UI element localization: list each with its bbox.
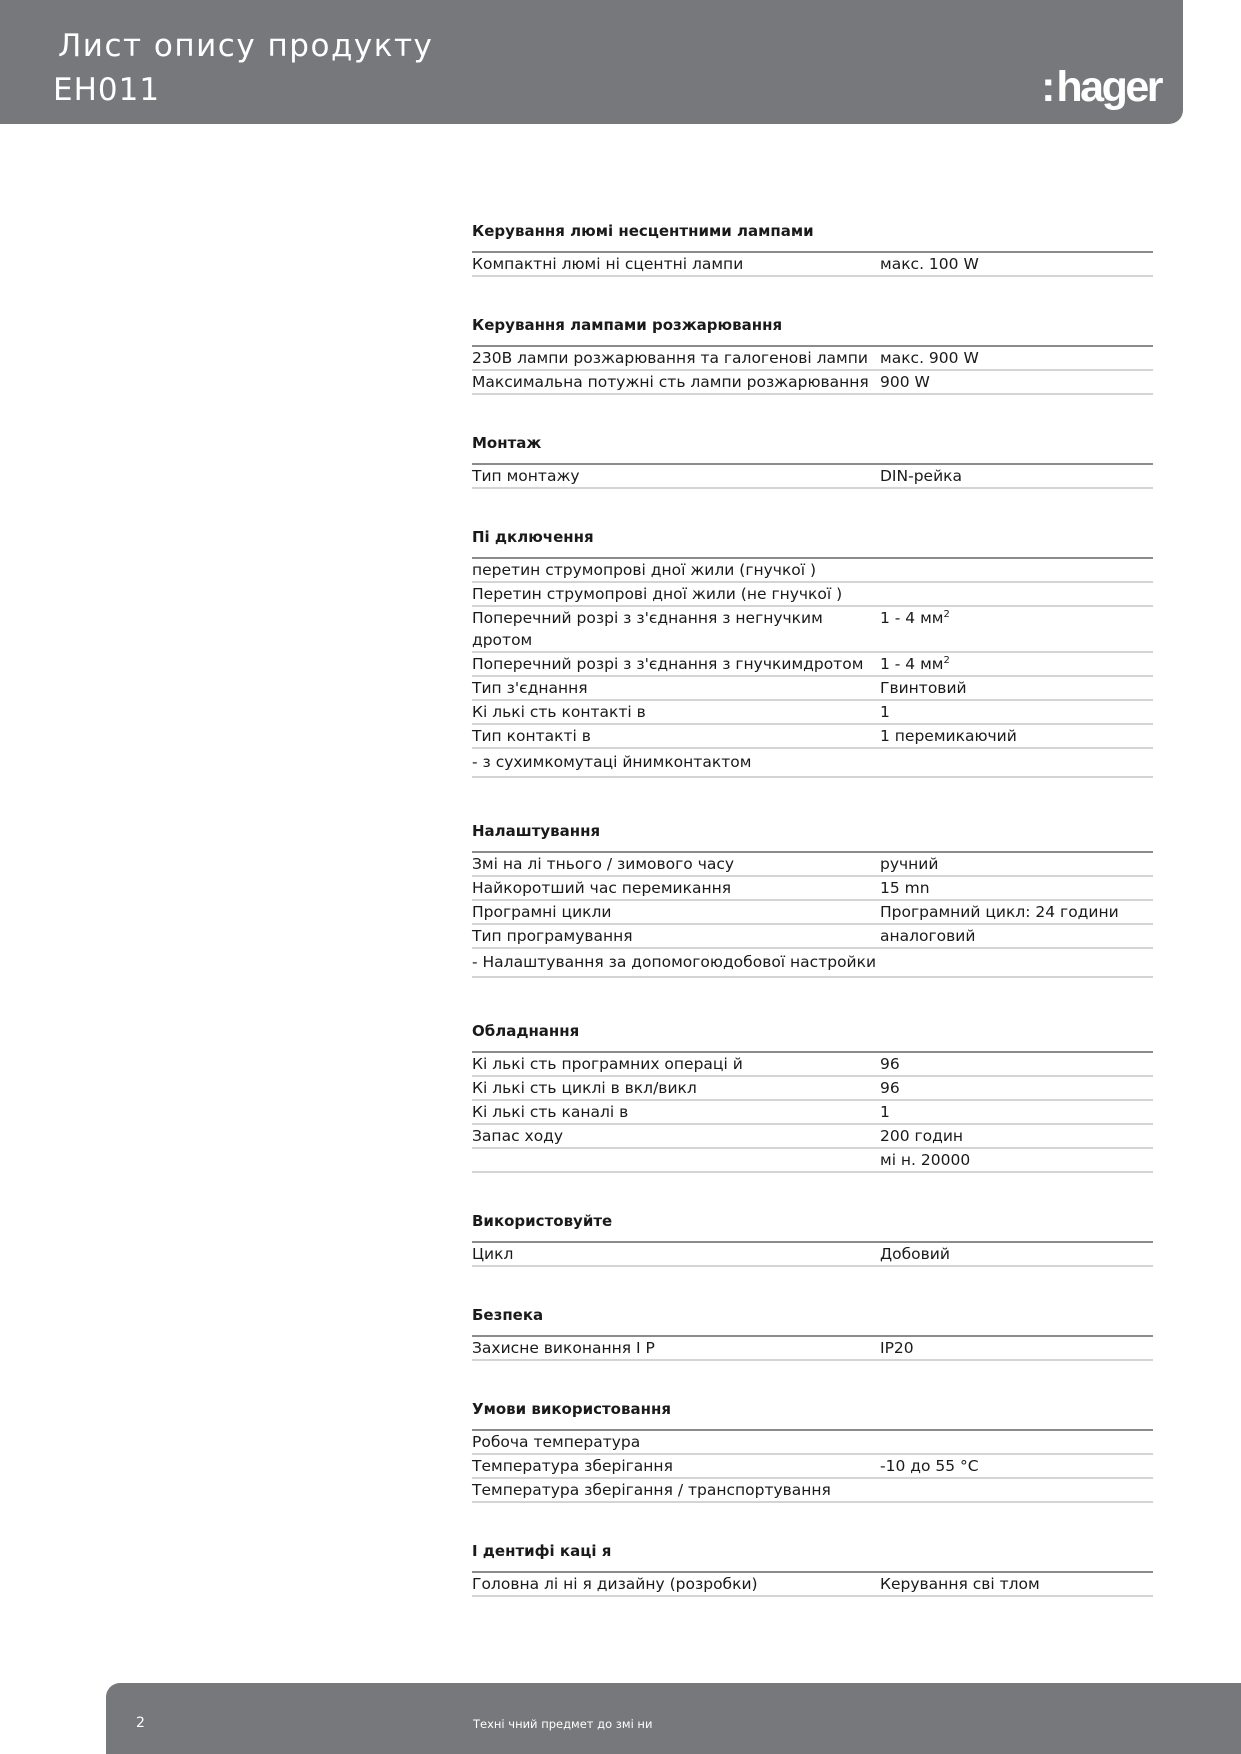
spec-value: мі н. 20000	[880, 1149, 1153, 1171]
hager-logo: :hager	[1041, 66, 1161, 109]
spec-value-text: 1 - 4 мм	[880, 655, 943, 673]
spec-row: Захисне виконання I PIP20	[472, 1337, 1153, 1361]
spec-row: Запас ходу200 годин	[472, 1125, 1153, 1149]
section-spacer	[472, 1361, 1153, 1394]
spec-value: макс. 100 W	[880, 253, 1153, 275]
section-spacer	[472, 1503, 1153, 1536]
section-title: Обладнання	[472, 1016, 1153, 1053]
spec-row: Кі лькі сть циклі в вкл/викл96	[472, 1077, 1153, 1101]
spec-label: Найкоротший час перемикання	[472, 877, 880, 899]
spec-row: Кі лькі сть контакті в1	[472, 701, 1153, 725]
section-spacer	[472, 395, 1153, 428]
section-spacer	[472, 489, 1153, 522]
spec-label: Кі лькі сть циклі в вкл/викл	[472, 1077, 880, 1099]
spec-value: Програмний цикл: 24 години	[880, 901, 1153, 923]
spec-value: Гвинтовий	[880, 677, 1153, 699]
spec-row: перетин струмопрові дної жили (гнучкої )	[472, 559, 1153, 583]
spec-label: Компактні люмі ні сцентні лампи	[472, 253, 880, 275]
spec-value-text: Програмний цикл: 24 години	[880, 903, 1119, 921]
section-title: Пі дключення	[472, 522, 1153, 559]
spec-table: Керування люмі несцентними лампамиКомпак…	[472, 216, 1153, 1597]
document-title: Лист опису продукту	[58, 28, 433, 64]
spec-value	[880, 1479, 1153, 1501]
spec-value: Добовий	[880, 1243, 1153, 1265]
spec-row: Робоча температура	[472, 1431, 1153, 1455]
spec-label: Поперечний розрі з з'єднання з гнучкимдр…	[472, 653, 880, 675]
superscript: 2	[943, 655, 949, 666]
spec-section: Пі дключенняперетин струмопрові дної жил…	[472, 522, 1153, 778]
spec-row: 230В лампи розжарювання та галогенові ла…	[472, 347, 1153, 371]
spec-value	[880, 1431, 1153, 1453]
spec-value-text: Керування сві тлом	[880, 1575, 1040, 1593]
spec-section: І дентифі каці яГоловна лі ні я дизайну …	[472, 1536, 1153, 1597]
spec-row: Тип програмуванняаналоговий	[472, 925, 1153, 949]
spec-row: Тип з'єднанняГвинтовий	[472, 677, 1153, 701]
spec-value: макс. 900 W	[880, 347, 1153, 369]
product-code: EH011	[53, 72, 160, 108]
spec-value: 15 mn	[880, 877, 1153, 899]
spec-value-text: -10 до 55 °C	[880, 1457, 979, 1475]
spec-label: Тип монтажу	[472, 465, 880, 487]
spec-section: Керування люмі несцентними лампамиКомпак…	[472, 216, 1153, 277]
footer-disclaimer: Техні чний предмет до змі ни	[473, 1717, 652, 1731]
spec-label: Максимальна потужні сть лампи розжарюван…	[472, 371, 880, 393]
spec-value	[880, 749, 1153, 776]
spec-section: БезпекаЗахисне виконання I PIP20	[472, 1300, 1153, 1361]
spec-value-text: 1 - 4 мм	[880, 609, 943, 627]
spec-row: - з сухимкомутаці йнимконтактом	[472, 749, 1153, 778]
spec-value-text: макс. 100 W	[880, 255, 979, 273]
spec-row: ЦиклДобовий	[472, 1243, 1153, 1267]
spec-section: ВикористовуйтеЦиклДобовий	[472, 1206, 1153, 1267]
spec-label: Перетин струмопрові дної жили (не гнучко…	[472, 583, 880, 605]
spec-row: Змі на лі тнього / зимового часуручний	[472, 853, 1153, 877]
spec-value-text: макс. 900 W	[880, 349, 979, 367]
spec-value-text: мі н. 20000	[880, 1151, 970, 1169]
spec-value: 200 годин	[880, 1125, 1153, 1147]
spec-value: 96	[880, 1053, 1153, 1075]
spec-row: Перетин струмопрові дної жили (не гнучко…	[472, 583, 1153, 607]
section-spacer	[472, 277, 1153, 310]
spec-value-text: 96	[880, 1079, 900, 1097]
section-title: Умови використовання	[472, 1394, 1153, 1431]
spec-value: IP20	[880, 1337, 1153, 1359]
spec-value: 1 - 4 мм2	[880, 607, 1153, 651]
spec-section: Керування лампами розжарювання230В лампи…	[472, 310, 1153, 395]
spec-value: 96	[880, 1077, 1153, 1099]
spec-label: - Налаштування за допомогоюдобової настр…	[472, 949, 880, 976]
spec-label: Програмні цикли	[472, 901, 880, 923]
spec-value: -10 до 55 °C	[880, 1455, 1153, 1477]
spec-row: - Налаштування за допомогоюдобової настр…	[472, 949, 1153, 978]
spec-label: Поперечний розрі з з'єднання з негнучким…	[472, 607, 880, 651]
spec-value-text: Добовий	[880, 1245, 950, 1263]
spec-value-text: ручний	[880, 855, 938, 873]
header-band: Лист опису продукту EH011 :hager	[0, 0, 1183, 124]
spec-label: Запас ходу	[472, 1125, 880, 1147]
section-title: Керування лампами розжарювання	[472, 310, 1153, 347]
spec-label: - з сухимкомутаці йнимконтактом	[472, 749, 880, 776]
spec-row: Максимальна потужні сть лампи розжарюван…	[472, 371, 1153, 395]
spec-label: Температура зберігання / транспортування	[472, 1479, 880, 1501]
section-spacer	[472, 1173, 1153, 1206]
section-spacer	[472, 778, 1153, 816]
spec-value-text: 96	[880, 1055, 900, 1073]
spec-label: перетин струмопрові дної жили (гнучкої )	[472, 559, 880, 581]
spec-row: Тип монтажуDIN-рейка	[472, 465, 1153, 489]
spec-label: Кі лькі сть контакті в	[472, 701, 880, 723]
spec-label: 230В лампи розжарювання та галогенові ла…	[472, 347, 880, 369]
spec-row: Температура зберігання / транспортування	[472, 1479, 1153, 1503]
spec-value: 1	[880, 1101, 1153, 1123]
spec-label: Цикл	[472, 1243, 880, 1265]
spec-value-text: IP20	[880, 1339, 914, 1357]
spec-label: Температура зберігання	[472, 1455, 880, 1477]
spec-label: Тип з'єднання	[472, 677, 880, 699]
spec-value: 1	[880, 701, 1153, 723]
spec-label: Робоча температура	[472, 1431, 880, 1453]
logo-text: hager	[1056, 63, 1161, 111]
spec-row: мі н. 20000	[472, 1149, 1153, 1173]
spec-row: Найкоротший час перемикання15 mn	[472, 877, 1153, 901]
spec-value: Керування сві тлом	[880, 1573, 1153, 1595]
spec-row: Кі лькі сть програмних операці й96	[472, 1053, 1153, 1077]
section-spacer	[472, 978, 1153, 1016]
spec-value	[880, 583, 1153, 605]
footer-band: 2 Техні чний предмет до змі ни	[106, 1683, 1241, 1754]
spec-value: 900 W	[880, 371, 1153, 393]
spec-value	[880, 559, 1153, 581]
spec-value-text: 900 W	[880, 373, 930, 391]
spec-label: Кі лькі сть каналі в	[472, 1101, 880, 1123]
spec-section: Умови використованняРобоча температураТе…	[472, 1394, 1153, 1503]
spec-value-text: 200 годин	[880, 1127, 963, 1145]
section-title: Керування люмі несцентними лампами	[472, 216, 1153, 253]
section-title: Монтаж	[472, 428, 1153, 465]
section-spacer	[472, 1267, 1153, 1300]
spec-value-text: аналоговий	[880, 927, 975, 945]
spec-label	[472, 1149, 880, 1171]
spec-value-text: 1	[880, 1103, 890, 1121]
spec-label: Тип програмування	[472, 925, 880, 947]
section-title: Безпека	[472, 1300, 1153, 1337]
spec-row: Поперечний розрі з з'єднання з негнучким…	[472, 607, 1153, 653]
spec-row: Кі лькі сть каналі в1	[472, 1101, 1153, 1125]
spec-row: Програмні циклиПрограмний цикл: 24 годин…	[472, 901, 1153, 925]
spec-value-text: DIN-рейка	[880, 467, 962, 485]
spec-label: Тип контакті в	[472, 725, 880, 747]
spec-label: Захисне виконання I P	[472, 1337, 880, 1359]
spec-label: Кі лькі сть програмних операці й	[472, 1053, 880, 1075]
section-title: Налаштування	[472, 816, 1153, 853]
spec-section: НалаштуванняЗмі на лі тнього / зимового …	[472, 816, 1153, 978]
spec-section: МонтажТип монтажуDIN-рейка	[472, 428, 1153, 489]
spec-label: Головна лі ні я дизайну (розробки)	[472, 1573, 880, 1595]
spec-value-text: Гвинтовий	[880, 679, 967, 697]
spec-row: Головна лі ні я дизайну (розробки)Керува…	[472, 1573, 1153, 1597]
page-number: 2	[136, 1715, 145, 1731]
section-title: І дентифі каці я	[472, 1536, 1153, 1573]
section-title: Використовуйте	[472, 1206, 1153, 1243]
spec-row: Тип контакті в1 перемикаючий	[472, 725, 1153, 749]
logo-colon: :	[1041, 63, 1055, 111]
spec-value-text: 1 перемикаючий	[880, 727, 1017, 745]
spec-value: ручний	[880, 853, 1153, 875]
spec-value-text: 15 mn	[880, 879, 930, 897]
spec-value: аналоговий	[880, 925, 1153, 947]
spec-row: Температура зберігання-10 до 55 °C	[472, 1455, 1153, 1479]
spec-row: Компактні люмі ні сцентні лампимакс. 100…	[472, 253, 1153, 277]
spec-value: 1 - 4 мм2	[880, 653, 1153, 675]
spec-value: DIN-рейка	[880, 465, 1153, 487]
spec-row: Поперечний розрі з з'єднання з гнучкимдр…	[472, 653, 1153, 677]
spec-value	[880, 949, 1153, 976]
superscript: 2	[943, 609, 949, 620]
spec-value: 1 перемикаючий	[880, 725, 1153, 747]
spec-label: Змі на лі тнього / зимового часу	[472, 853, 880, 875]
spec-section: ОбладнанняКі лькі сть програмних операці…	[472, 1016, 1153, 1173]
spec-value-text: 1	[880, 703, 890, 721]
